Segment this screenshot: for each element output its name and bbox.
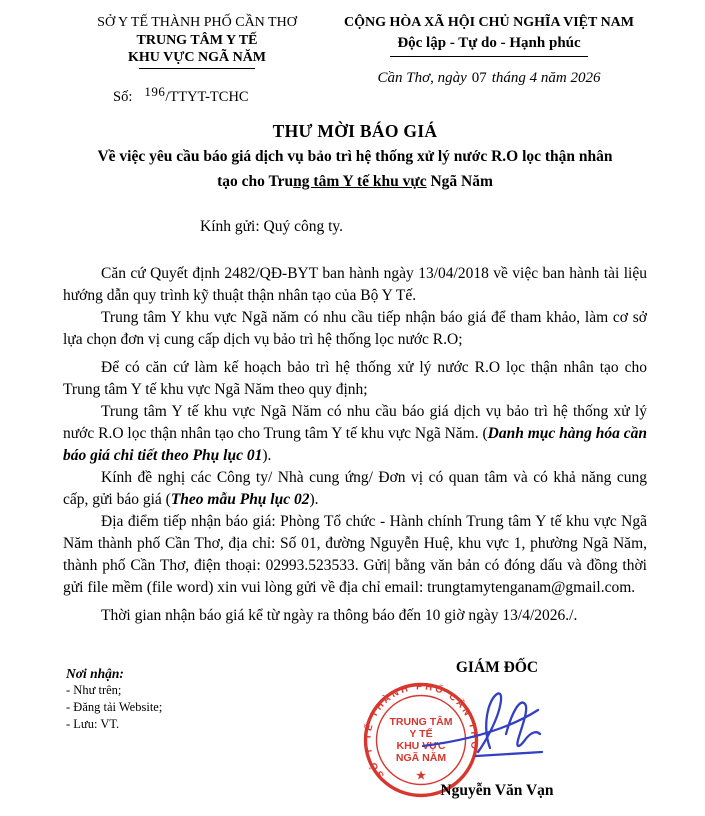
director-signature (418, 682, 568, 782)
document-page: SỞ Y TẾ THÀNH PHỐ CẦN THƠ TRUNG TÂM Y TẾ… (0, 0, 705, 816)
paragraph-request-end: ). (262, 447, 271, 464)
recipient-item: - Đăng tải Website; (66, 699, 162, 716)
document-number-label: Số: (113, 89, 132, 105)
paragraph-invitation-annex2: Theo mẫu Phụ lục 02 (171, 491, 310, 508)
recipients-title: Nơi nhận: (66, 666, 162, 682)
agency-name: TRUNG TÂM Y TẾ (63, 32, 331, 49)
document-number-suffix: /TTYT-TCHC (165, 89, 248, 105)
national-motto: Độc lập - Tự do - Hạnh phúc (331, 34, 647, 53)
paragraph-request: Trung tâm Y tế khu vực Ngã Năm có nhu cầ… (63, 401, 647, 467)
subtitle-line2-underlined: ng tâm Y tế khu vực (293, 173, 426, 190)
document-header: SỞ Y TẾ THÀNH PHỐ CẦN THƠ TRUNG TÂM Y TẾ… (63, 14, 647, 106)
agency-region: KHU VỰC NGÃ NĂM (63, 49, 331, 66)
document-subtitle: Về việc yêu cầu báo giá dịch vụ bảo trì … (63, 144, 647, 194)
paragraph-invitation-end: ). (310, 491, 319, 508)
signer-title: GIÁM ĐỐC (417, 659, 577, 677)
date-suffix: tháng 4 năm 2026 (492, 70, 601, 86)
signature-loop1-stroke (478, 693, 501, 752)
subtitle-line1: Về việc yêu cầu báo giá dịch vụ bảo trì … (63, 144, 647, 169)
parent-agency-name: SỞ Y TẾ THÀNH PHỐ CẦN THƠ (63, 14, 331, 31)
signer-name: Nguyễn Văn Vạn (412, 782, 582, 800)
paragraph-invitation-text: Kính đề nghị các Công ty/ Nhà cung ứng/ … (63, 469, 647, 508)
document-title: THƯ MỜI BÁO GIÁ (63, 121, 647, 142)
recipients-block: Nơi nhận: - Như trên; - Đăng tải Website… (66, 666, 162, 733)
document-body: Căn cứ Quyết định 2482/QĐ-BYT ban hành n… (63, 263, 647, 627)
date-day: 07 (467, 70, 492, 86)
issuing-agency-block: SỞ Y TẾ THÀNH PHỐ CẦN THƠ TRUNG TÂM Y TẾ… (63, 14, 331, 106)
date-prefix: Cần Thơ, ngày (377, 70, 466, 86)
paragraph-contact-address: Địa điểm tiếp nhận báo giá: Phòng Tổ chứ… (63, 511, 647, 599)
title-block: THƯ MỜI BÁO GIÁ Về việc yêu cầu báo giá … (63, 121, 647, 194)
paragraph-invitation: Kính đề nghị các Công ty/ Nhà cung ứng/ … (63, 467, 647, 511)
agency-underline (139, 68, 255, 69)
paragraph-legal-basis: Căn cứ Quyết định 2482/QĐ-BYT ban hành n… (63, 263, 647, 307)
document-number-line: Số:196/TTYT-TCHC (63, 84, 331, 106)
paragraph-need-statement: Trung tâm Y khu vực Ngã năm có nhu cầu t… (63, 307, 647, 351)
signature-underline-stroke (476, 752, 542, 756)
subtitle-line2-pre: tạo cho Tru (217, 173, 293, 190)
motto-underline (390, 56, 588, 57)
national-title: CỘNG HÒA XÃ HỘI CHỦ NGHĨA VIỆT NAM (331, 14, 647, 32)
national-motto-block: CỘNG HÒA XÃ HỘI CHỦ NGHĨA VIỆT NAM Độc l… (331, 14, 647, 106)
place-date-line: Cần Thơ, ngày07tháng 4 năm 2026 (331, 70, 647, 87)
subtitle-line2-post: Ngã Năm (427, 173, 493, 190)
paragraph-deadline: Thời gian nhận báo giá kể từ ngày ra thô… (63, 605, 647, 627)
recipient-item: - Lưu: VT. (66, 716, 162, 733)
salutation: Kính gửi: Quý công ty. (200, 218, 647, 236)
subtitle-line2: tạo cho Trung tâm Y tế khu vực Ngã Năm (63, 169, 647, 194)
recipient-item: - Như trên; (66, 682, 162, 699)
paragraph-purpose: Để có căn cứ làm kế hoạch bảo trì hệ thố… (63, 357, 647, 401)
document-number-value: 196 (132, 84, 165, 99)
